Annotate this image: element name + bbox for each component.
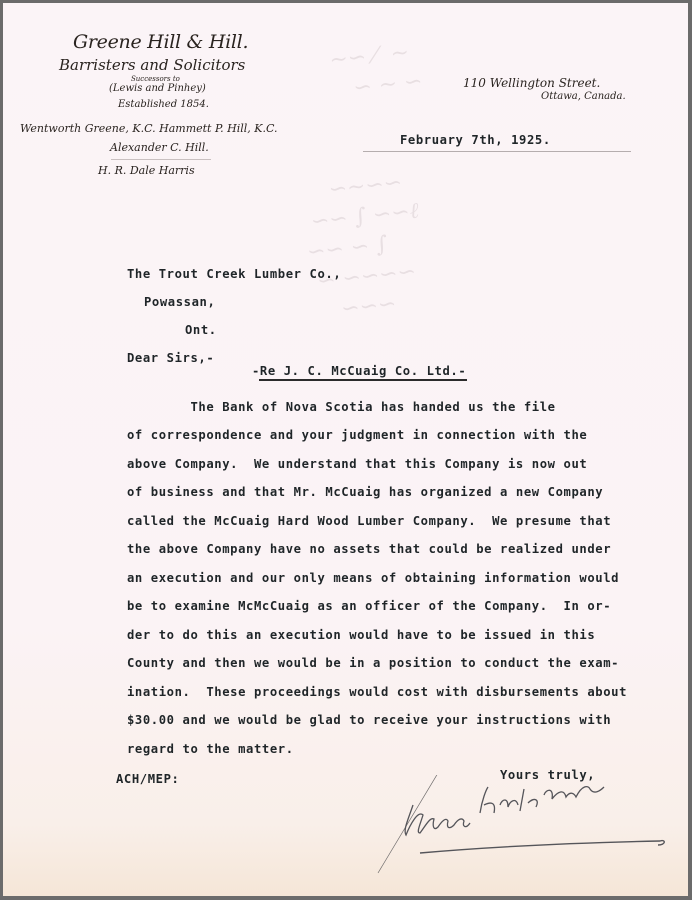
document-frame: ~∽ ⁄ ~ ∽ ~ ∽ ∽~∽∽ ∽∽ ∫ ∽∽ℓ ∽∽ ∽ ∫ ∽ ∽∽∽∽… xyxy=(0,0,692,900)
letter-page: ~∽ ⁄ ~ ∽ ~ ∽ ∽~∽∽ ∽∽ ∫ ∽∽ℓ ∽∽ ∽ ∫ ∽ ∽∽∽∽… xyxy=(3,3,688,896)
body-line: The Bank of Nova Scotia has handed us th… xyxy=(127,400,556,414)
predecessor-firm: (Lewis and Pinhey) xyxy=(109,83,206,94)
firm-name: Greene Hill & Hill. xyxy=(73,31,248,53)
subject-underline xyxy=(259,379,467,381)
address-street: 110 Wellington Street. xyxy=(463,76,600,90)
body-line: called the McCuaig Hard Wood Lumber Comp… xyxy=(127,514,611,528)
firm-type: Barristers and Solicitors xyxy=(59,56,245,74)
body-line: County and then we would be in a positio… xyxy=(127,656,619,670)
reference-initials: ACH/MEP: xyxy=(116,772,180,786)
body-line: of correspondence and your judgment in c… xyxy=(127,428,587,442)
bleed-through-note: ~∽ ⁄ ~ ∽ ~ ∽ xyxy=(300,37,424,109)
body-line: an execution and our only means of obtai… xyxy=(127,571,619,585)
date-rule xyxy=(363,151,631,152)
successors-label: Successors to xyxy=(131,75,180,83)
partners-line: Wentworth Greene, K.C. Hammett P. Hill, … xyxy=(20,122,278,135)
body-line: be to examine McMcCuaig as an officer of… xyxy=(127,599,611,613)
subject-line: -Re J. C. McCuaig Co. Ltd.- xyxy=(252,364,466,378)
body-line: above Company. We understand that this C… xyxy=(127,457,587,471)
partner-line-2: Alexander C. Hill. xyxy=(110,141,209,154)
body-line: $30.00 and we would be glad to receive y… xyxy=(127,713,611,727)
body-line: regard to the matter. xyxy=(127,742,294,756)
body-line: ination. These proceedings would cost wi… xyxy=(127,685,627,699)
bleed-through-note: ∽~∽∽ ∽∽ ∫ ∽∽ℓ ∽∽ ∽ ∫ ∽ ∽∽∽∽ ∽∽∽ xyxy=(286,167,430,330)
letter-date: February 7th, 1925. xyxy=(400,133,551,147)
handwritten-signature xyxy=(368,775,678,885)
body-line: the above Company have no assets that co… xyxy=(127,542,611,556)
recipient-province: Ont. xyxy=(185,323,217,337)
recipient-name: The Trout Creek Lumber Co., xyxy=(127,267,341,281)
letterhead-divider xyxy=(111,159,211,160)
body-line: der to do this an execution would have t… xyxy=(127,628,595,642)
recipient-town: Powassan, xyxy=(144,295,215,309)
body-line: of business and that Mr. McCuaig has org… xyxy=(127,485,603,499)
address-city: Ottawa, Canada. xyxy=(541,91,626,102)
salutation: Dear Sirs,- xyxy=(127,351,214,365)
established-year: Established 1854. xyxy=(118,99,209,110)
associate-name: H. R. Dale Harris xyxy=(98,164,195,177)
